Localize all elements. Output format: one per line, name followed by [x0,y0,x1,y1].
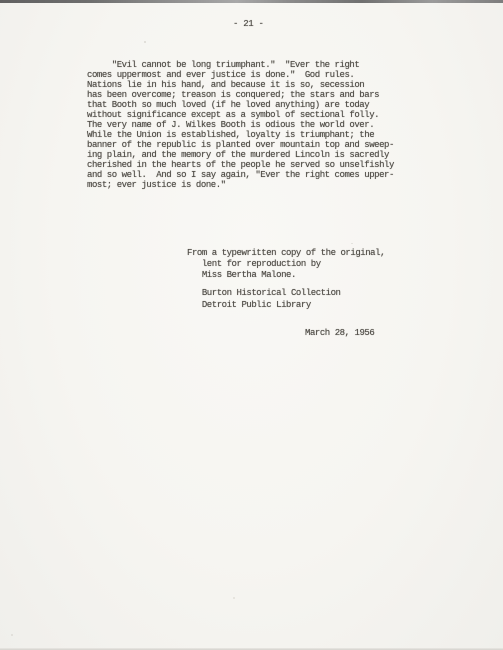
paragraph-line: ing plain, and the memory of the murdere… [87,150,394,160]
source-note: From a typewritten copy of the original,… [187,248,385,281]
paragraph-line: "Evil cannot be long triumphant." "Ever … [87,60,394,70]
scan-edge-top [0,0,503,3]
page-number: - 21 - [233,19,264,29]
paragraph-line: While the Union is established, loyalty … [87,130,394,140]
date-line: March 28, 1956 [305,328,374,338]
source-note-line: Miss Bertha Malone. [187,270,385,281]
collection-note: Burton Historical Collection Detroit Pub… [187,288,340,311]
paragraph-line: cherished in the hearts of the people he… [87,160,394,170]
paragraph-line: The very name of J. Wilkes Booth is odio… [87,120,394,130]
paragraph-line: that Booth so much loved (if he loved an… [87,100,394,110]
paragraph-line: and so well. And so I say again, "Ever t… [87,170,394,180]
paper-speck [144,41,146,43]
paragraph-line: has been overcome; treason is conquered;… [87,90,394,100]
paper-speck [11,634,13,636]
collection-name: Burton Historical Collection [187,288,340,300]
paragraph-line: comes uppermost and ever justice is done… [87,70,394,80]
paragraph-line: most; ever justice is done." [87,180,394,190]
paragraph-line: without significance except as a symbol … [87,110,394,120]
paragraph-line: Nations lie in his hand, and because it … [87,80,394,90]
paper-speck [351,243,353,244]
paper-speck [233,597,235,599]
source-note-line: From a typewritten copy of the original, [187,248,385,259]
source-note-line: lent for reproduction by [187,259,385,270]
typescript-paragraph: "Evil cannot be long triumphant." "Ever … [87,60,394,190]
library-name: Detroit Public Library [187,300,340,312]
scanned-document-page: - 21 - "Evil cannot be long triumphant."… [0,0,503,650]
paragraph-line: banner of the republic is planted over m… [87,140,394,150]
